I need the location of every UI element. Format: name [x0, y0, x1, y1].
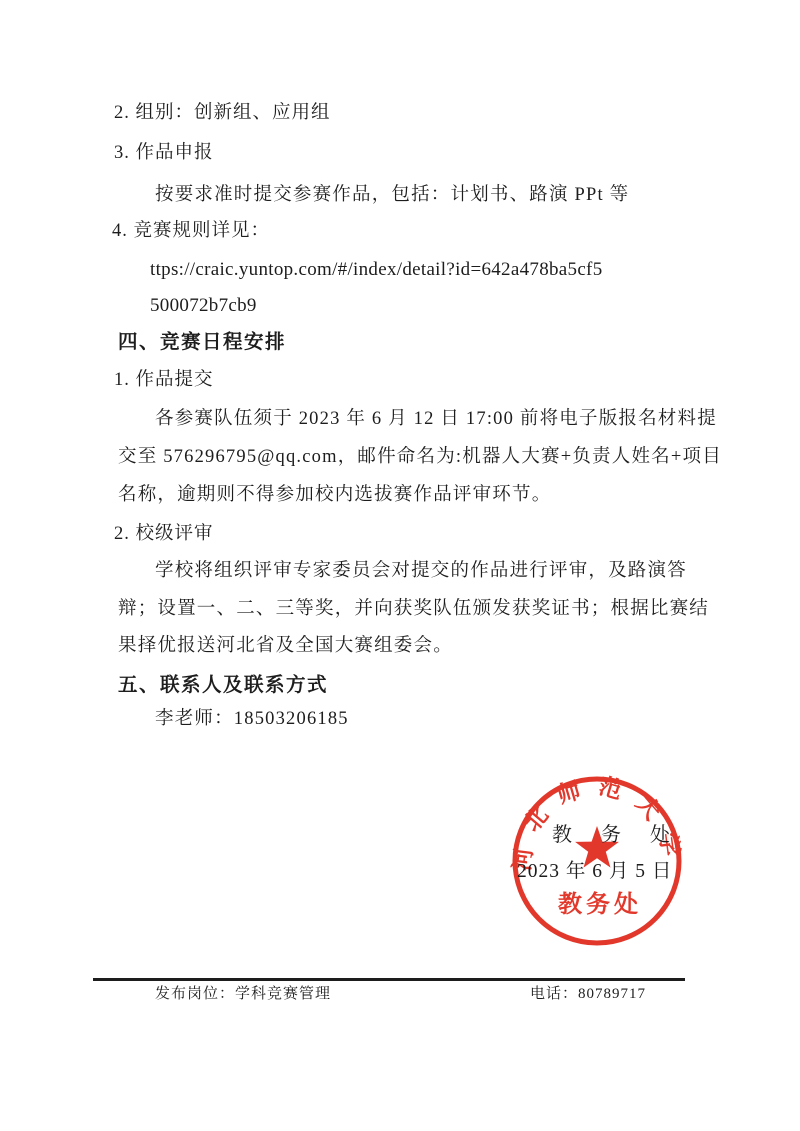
- list-item-work-submission: 1. 作品提交: [114, 370, 214, 391]
- footer-publish-position: 发布岗位：学科竞赛管理: [155, 986, 331, 1003]
- section-heading-contact: 五、联系人及联系方式: [118, 674, 328, 696]
- paragraph-submission-line-1: 各参赛队伍须于 2023 年 6 月 12 日 17:00 前将电子版报名材料提: [155, 409, 717, 430]
- paragraph-submission-line-3: 名称，逾期则不得参加校内选拔赛作品评审环节。: [118, 485, 551, 506]
- paragraph-review-line-3: 果择优报送河北省及全国大赛组委会。: [118, 636, 453, 657]
- footer-phone-value: 80789717: [578, 986, 646, 1003]
- contact-person-line: 李老师：18503206185: [155, 709, 349, 730]
- paragraph-review-line-1: 学校将组织评审专家委员会对提交的作品进行评审，及路演答: [155, 561, 687, 582]
- footer-phone-label: 电话：: [530, 986, 578, 1003]
- list-item-work-declaration: 3. 作品申报: [114, 143, 214, 164]
- rules-url-line-2: 500072b7cb9: [150, 295, 257, 317]
- paragraph-submission-requirements: 按要求准时提交参赛作品，包括：计划书、路演 PPt 等: [155, 185, 629, 206]
- footer-divider: [93, 978, 685, 981]
- paragraph-submission-line-2: 交至 576296795@qq.com，邮件命名为:机器人大赛+负责人姓名+项目: [118, 447, 722, 468]
- stamp-bottom-text: 教务处: [558, 890, 642, 918]
- rules-url-line-1: ttps://craic.yuntop.com/#/index/detail?i…: [150, 259, 603, 281]
- list-item-competition-rules: 4. 竞赛规则详见：: [112, 221, 270, 242]
- list-item-groups: 2. 组别：创新组、应用组: [114, 103, 331, 124]
- paragraph-review-line-2: 辩；设置一、二、三等奖，并向获奖队伍颁发获奖证书；根据比赛结: [118, 599, 709, 620]
- section-heading-schedule: 四、竞赛日程安排: [118, 331, 286, 353]
- signature-date: 2023 年 6 月 5 日: [517, 855, 672, 883]
- list-item-school-review: 2. 校级评审: [114, 524, 214, 545]
- signature-department: 教 务 处: [552, 818, 682, 847]
- document-page: 2. 组别：创新组、应用组 3. 作品申报 按要求准时提交参赛作品，包括：计划书…: [0, 0, 800, 1131]
